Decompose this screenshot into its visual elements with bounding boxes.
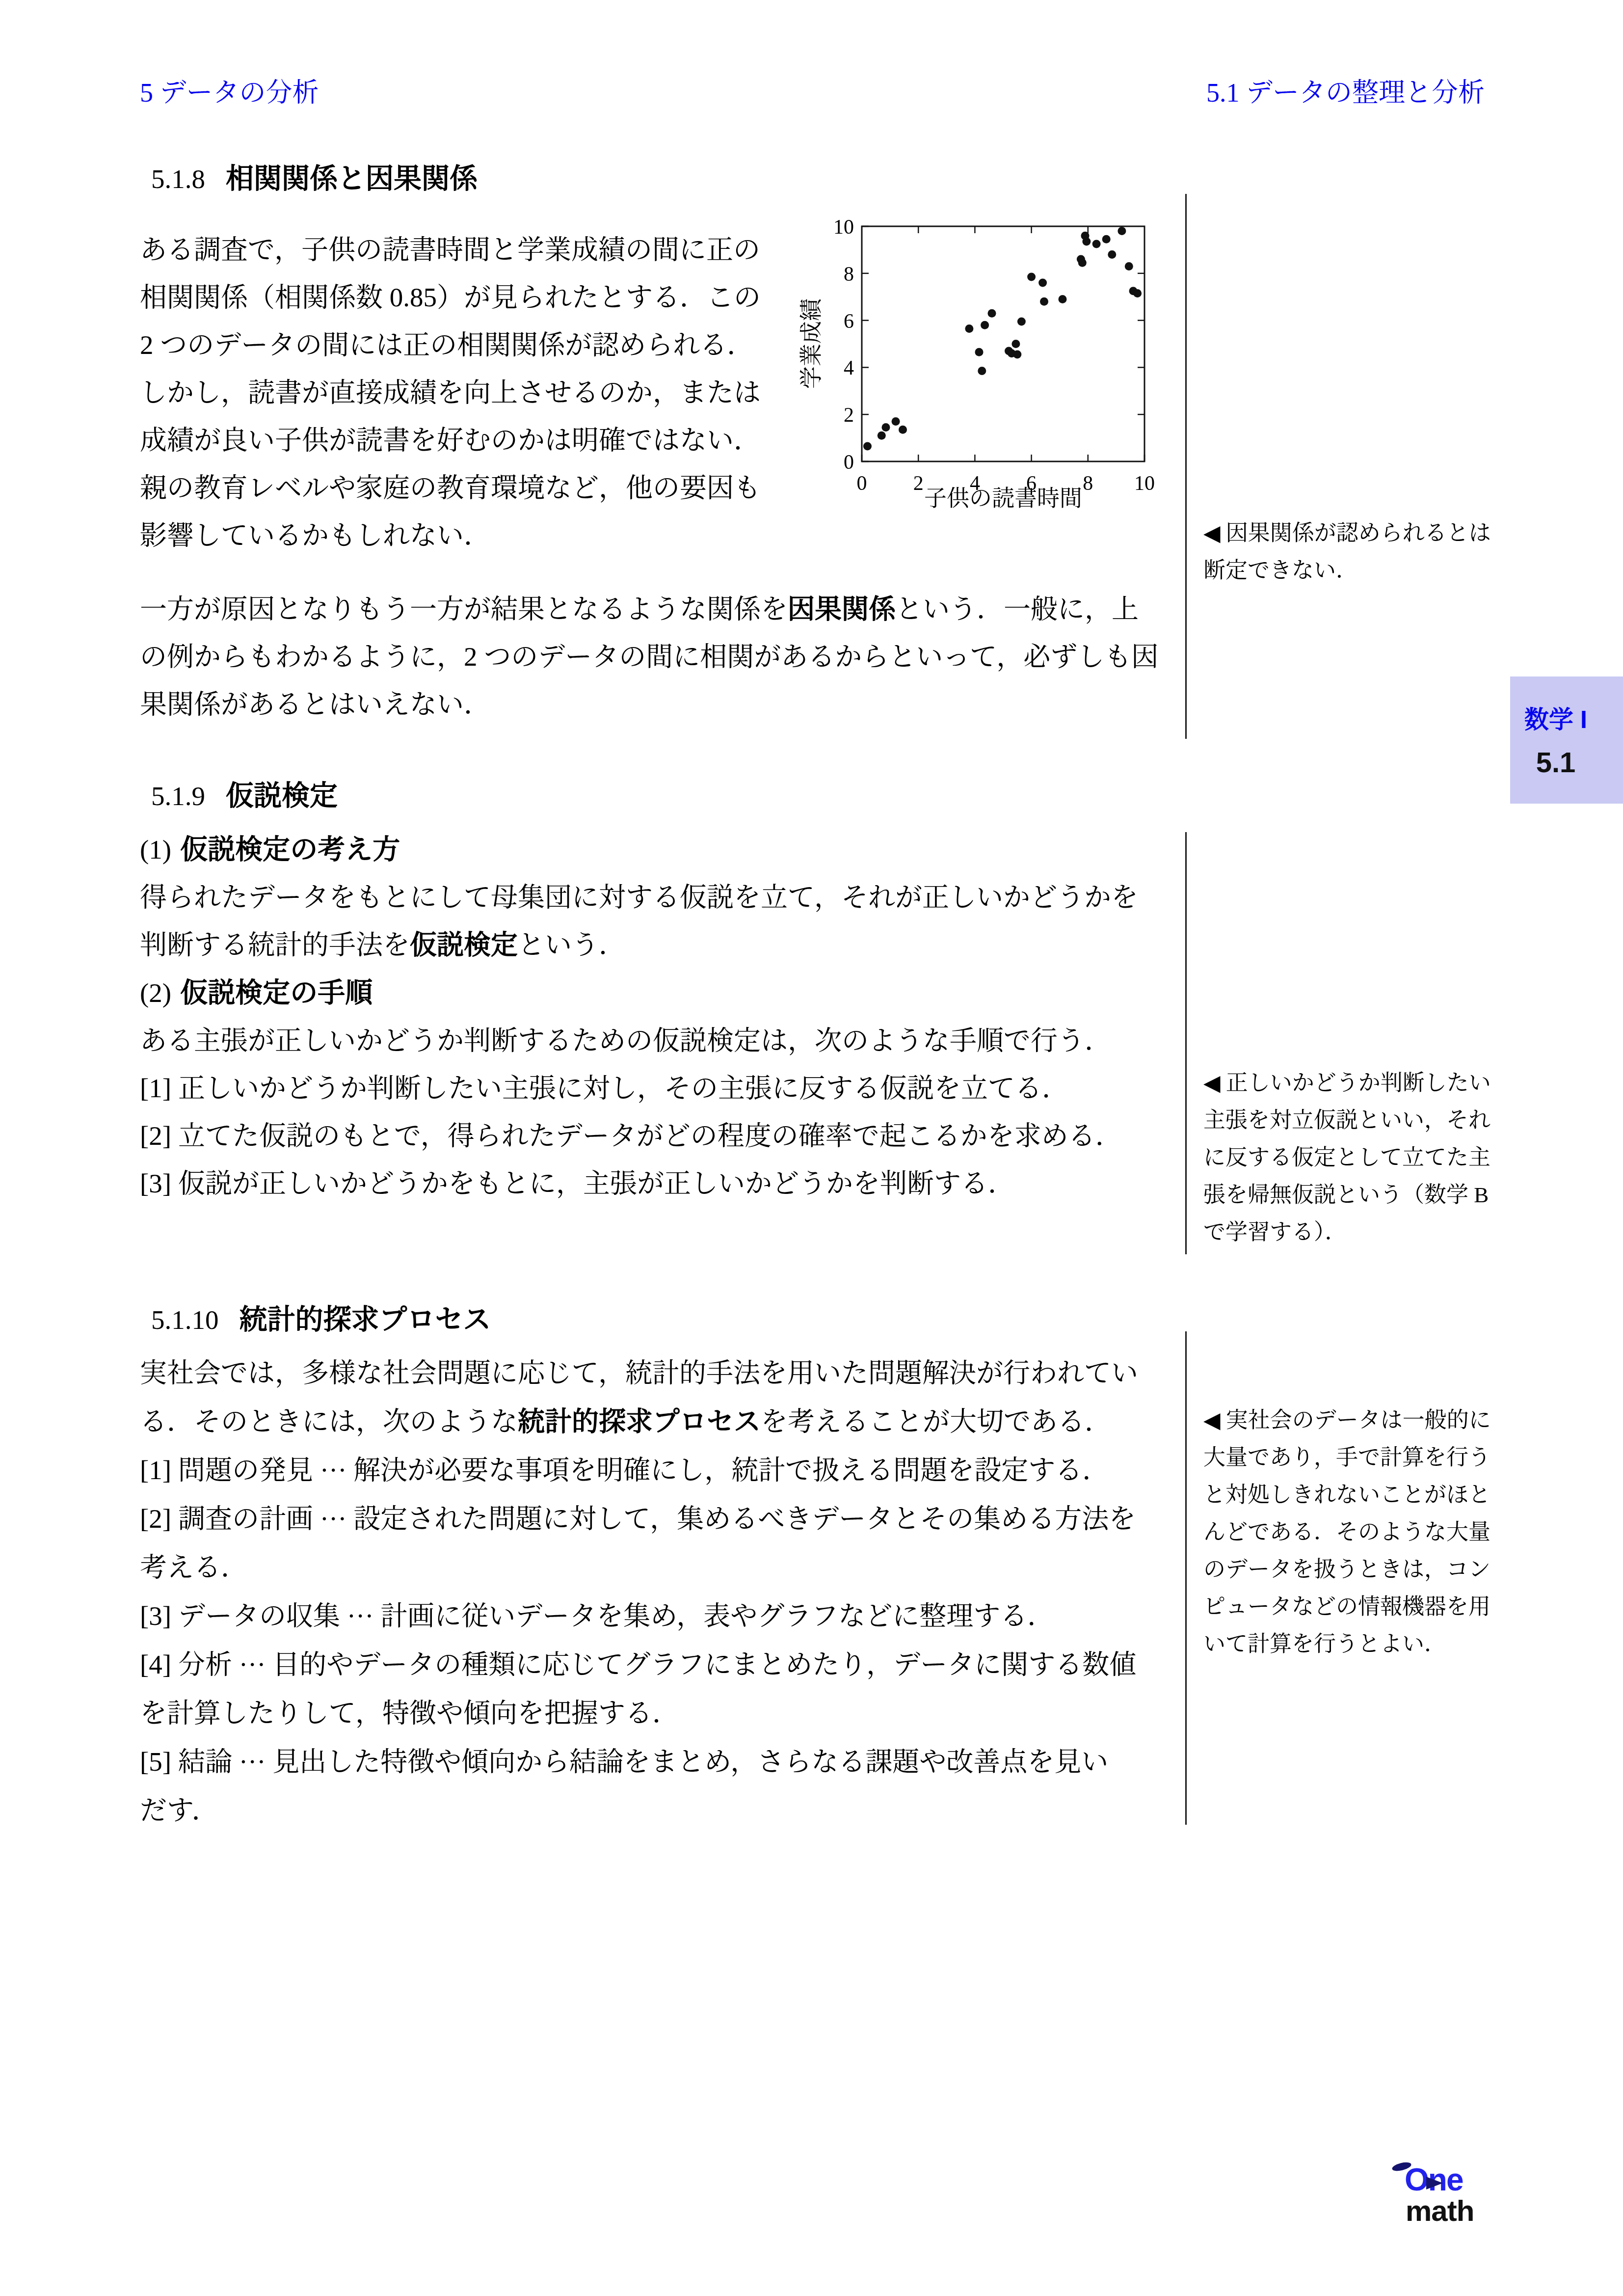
scatter-point [1117, 227, 1126, 235]
margin-note-computers: ◀ 実社会のデータは一般的に 大量であり，手で計算を行う と対処しきれないことが… [1203, 1402, 1508, 1663]
scatter-point [981, 321, 989, 329]
section-5-1-8-heading: 5.1.8相関関係と因果関係 [151, 156, 478, 196]
subsection-number: (2) [140, 978, 171, 1008]
scatter-point [1059, 295, 1067, 303]
sec8-paragraph-2: 一方が原因となりもう一方が結果となるような関係を因果関係という．一般に，上 の例… [140, 585, 1158, 728]
scatter-point [892, 417, 900, 426]
y-axis-label: 学業成績 [798, 297, 824, 389]
scatter-point [1017, 318, 1026, 326]
text-line: 親の教育レベルや家庭の教育環境など，他の要因も [140, 464, 761, 512]
scatter-point [965, 324, 973, 333]
scatter-point [1125, 262, 1133, 270]
tick-label: 8 [844, 263, 854, 286]
note-line: に反する仮定として立てた主 [1203, 1139, 1508, 1176]
data-points [863, 227, 1142, 450]
text-line: 得られたデータをもとにして母集団に対する仮説を立て，それが正しいかどうかを [140, 873, 1138, 921]
text-line: を計算したりして，特徴や傾向を把握する． [140, 1689, 1138, 1737]
logo-math-text: math [1406, 2196, 1522, 2226]
text-line: 考える． [140, 1543, 1138, 1592]
scatter-point [899, 426, 907, 434]
x-axis-label: 子供の読書時間 [924, 486, 1082, 511]
axis-tick-labels: 02468100246810 [833, 216, 1155, 495]
publisher-logo: One math [1405, 2164, 1522, 2226]
note-line: ピュータなどの情報機器を用 [1203, 1588, 1508, 1625]
running-head-right: 5.1 データの整理と分析 [1124, 72, 1485, 109]
step-line: [4] 分析 ··· 目的やデータの種類に応じてグラフにまとめたり，データに関す… [140, 1640, 1138, 1689]
tick-label: 2 [913, 472, 924, 495]
subsection-1-heading: (1)仮説検定の考え方 [140, 825, 1138, 873]
running-head-left: 5 データの分析 [140, 72, 319, 109]
note-line: ◀ 正しいかどうか判断したい [1203, 1064, 1508, 1102]
scatter-point [878, 432, 886, 440]
scatter-point [1102, 235, 1111, 243]
step-line: [2] 調査の計画 ··· 設定された問題に対して，集めるべきデータとその集める… [140, 1494, 1138, 1543]
text-segment: を考えることが大切である． [761, 1406, 1112, 1436]
sec10-body: 実社会では，多様な社会問題に応じて，統計的手法を用いた問題解決が行われてい る．… [140, 1349, 1138, 1835]
text-line: だす． [140, 1786, 1138, 1835]
subsection-title: 仮説検定の考え方 [180, 834, 400, 864]
tick-label: 0 [857, 472, 867, 495]
section-number: 5.1.10 [151, 1305, 219, 1335]
step-line: [1] 問題の発見 ··· 解決が必要な事項を明確にし，統計で扱える問題を設定す… [140, 1446, 1138, 1494]
text-line: 成績が良い子供が読書を好むのかは明確ではない． [140, 416, 761, 464]
textbook-page: 5 データの分析 5.1 データの整理と分析 5.1.8相関関係と因果関係 ある… [0, 0, 1623, 2296]
section-title: 相関関係と因果関係 [226, 163, 478, 194]
note-line: ◀ 因果関係が認められるとは [1203, 514, 1508, 552]
margin-rule-2 [1185, 832, 1187, 1254]
text-line: 果関係があるとはいえない． [140, 680, 1158, 728]
text-segment: 一方が原因となりもう一方が結果となるような関係を [140, 594, 788, 624]
text-line: 2 つのデータの間には正の相関関係が認められる． [140, 321, 761, 369]
tab-subject-label: 数学 I [1510, 700, 1601, 735]
chapter-side-tab: 数学 I 5.1 [1510, 676, 1623, 804]
margin-rule-1 [1185, 194, 1187, 739]
tab-section-number: 5.1 [1510, 746, 1601, 779]
text-segment: る．そのときには，次のような [140, 1406, 518, 1436]
text-line: 実社会では，多様な社会問題に応じて，統計的手法を用いた問題解決が行われてい [140, 1349, 1138, 1397]
scatter-plot: 02468100246810 子供の読書時間 学業成績 [785, 194, 1193, 528]
scatter-point [1082, 238, 1091, 246]
scatter-point [1108, 250, 1116, 259]
margin-note-null-hypothesis: ◀ 正しいかどうか判断したい 主張を対立仮説といい，それ に反する仮定として立て… [1203, 1064, 1508, 1251]
section-5-1-10-heading: 5.1.10統計的探求プロセス [151, 1297, 491, 1337]
tick-label: 8 [1083, 472, 1093, 495]
step-line: [2] 立てた仮説のもとで，得られたデータがどの程度の確率で起こるかを求める． [140, 1112, 1138, 1160]
scatter-point [1027, 273, 1036, 281]
step-line: [3] データの収集 ··· 計画に従いデータを集め，表やグラフなどに整理する． [140, 1592, 1138, 1640]
note-line: 主張を対立仮説といい，それ [1203, 1102, 1508, 1139]
note-line: 大量であり，手で計算を行う [1203, 1439, 1508, 1476]
subsection-title: 仮説検定の手順 [180, 977, 372, 1008]
section-5-1-9-heading: 5.1.9仮説検定 [151, 773, 338, 813]
note-line: 断定できない． [1203, 552, 1508, 589]
text-line: 一方が原因となりもう一方が結果となるような関係を因果関係という．一般に，上 [140, 585, 1158, 633]
scatter-point [975, 348, 984, 356]
scatter-point [882, 423, 890, 432]
step-line: [1] 正しいかどうか判断したい主張に対し，その主張に反する仮説を立てる． [140, 1064, 1138, 1112]
subsection-number: (1) [140, 835, 171, 864]
scatter-point [1078, 259, 1087, 267]
section-title: 統計的探求プロセス [239, 1304, 491, 1335]
text-line: 判断する統計的手法を仮説検定という． [140, 921, 1138, 969]
scatter-point [1040, 297, 1048, 306]
note-line: 張を帰無仮説という（数学 B [1203, 1176, 1508, 1214]
bold-term-causal-relation: 因果関係 [788, 594, 896, 624]
text-segment: という． [518, 930, 626, 960]
scatter-point [1092, 240, 1101, 248]
logo-one-text: One [1405, 2164, 1463, 2195]
step-line: [3] 仮説が正しいかどうかをもとに，主張が正しいかどうかを判断する． [140, 1160, 1138, 1207]
note-line: と対処しきれないことがほと [1203, 1476, 1508, 1513]
section-number: 5.1.9 [151, 781, 205, 811]
tick-label: 2 [844, 404, 854, 427]
tick-label: 10 [1134, 472, 1155, 495]
margin-note-causation: ◀ 因果関係が認められるとは 断定できない． [1203, 514, 1508, 589]
note-line: ◀ 実社会のデータは一般的に [1203, 1402, 1508, 1439]
step-line: [5] 結論 ··· 見出した特徴や傾向から結論をまとめ，さらなる課題や改善点を… [140, 1737, 1138, 1786]
note-line: のデータを扱うときは，コン [1203, 1551, 1508, 1588]
section-number: 5.1.8 [151, 164, 205, 194]
text-line: ある主張が正しいかどうか判断するための仮説検定は，次のような手順で行う． [140, 1017, 1138, 1064]
text-line: る．そのときには，次のような統計的探求プロセスを考えることが大切である． [140, 1397, 1138, 1446]
text-segment: という．一般に，上 [896, 594, 1139, 624]
scatter-point [863, 442, 872, 450]
bold-term-hypothesis-testing: 仮説検定 [410, 929, 518, 960]
tick-label: 6 [844, 310, 854, 333]
text-line: 相関関係（相関係数 0.85）が見られたとする．この [140, 273, 761, 321]
scatter-point [1013, 351, 1021, 359]
tick-label: 0 [844, 451, 854, 474]
text-line: ある調査で，子供の読書時間と学業成績の間に正の [140, 226, 761, 273]
text-line: 影響しているかもしれない． [140, 512, 761, 559]
scatter-point [1133, 289, 1142, 297]
text-segment: 判断する統計的手法を [140, 930, 410, 960]
scatter-point [988, 309, 996, 318]
section-title: 仮説検定 [226, 780, 338, 811]
scatter-point [978, 367, 986, 375]
note-line: んどである．そのような大量 [1203, 1513, 1508, 1551]
note-line: で学習する）． [1203, 1214, 1508, 1251]
text-line: しかし，読書が直接成績を向上させるのか，または [140, 369, 761, 416]
tick-label: 10 [833, 216, 854, 239]
subsection-2-heading: (2)仮説検定の手順 [140, 969, 1138, 1017]
margin-rule-3 [1185, 1331, 1187, 1825]
swoosh-icon [1426, 2177, 1443, 2189]
scatter-point [1011, 340, 1020, 348]
note-line: いて計算を行うとよい． [1203, 1625, 1508, 1663]
scatter-point [1038, 279, 1047, 287]
bold-term-statistical-process: 統計的探求プロセス [518, 1406, 761, 1436]
text-line: の例からもわかるように，2 つのデータの間に相関があるからといって，必ずしも因 [140, 633, 1158, 680]
sec9-body: (1)仮説検定の考え方 得られたデータをもとにして母集団に対する仮説を立て，それ… [140, 825, 1138, 1207]
tick-label: 4 [844, 357, 854, 379]
sec8-paragraph-1: ある調査で，子供の読書時間と学業成績の間に正の 相関関係（相関係数 0.85）が… [140, 226, 761, 559]
